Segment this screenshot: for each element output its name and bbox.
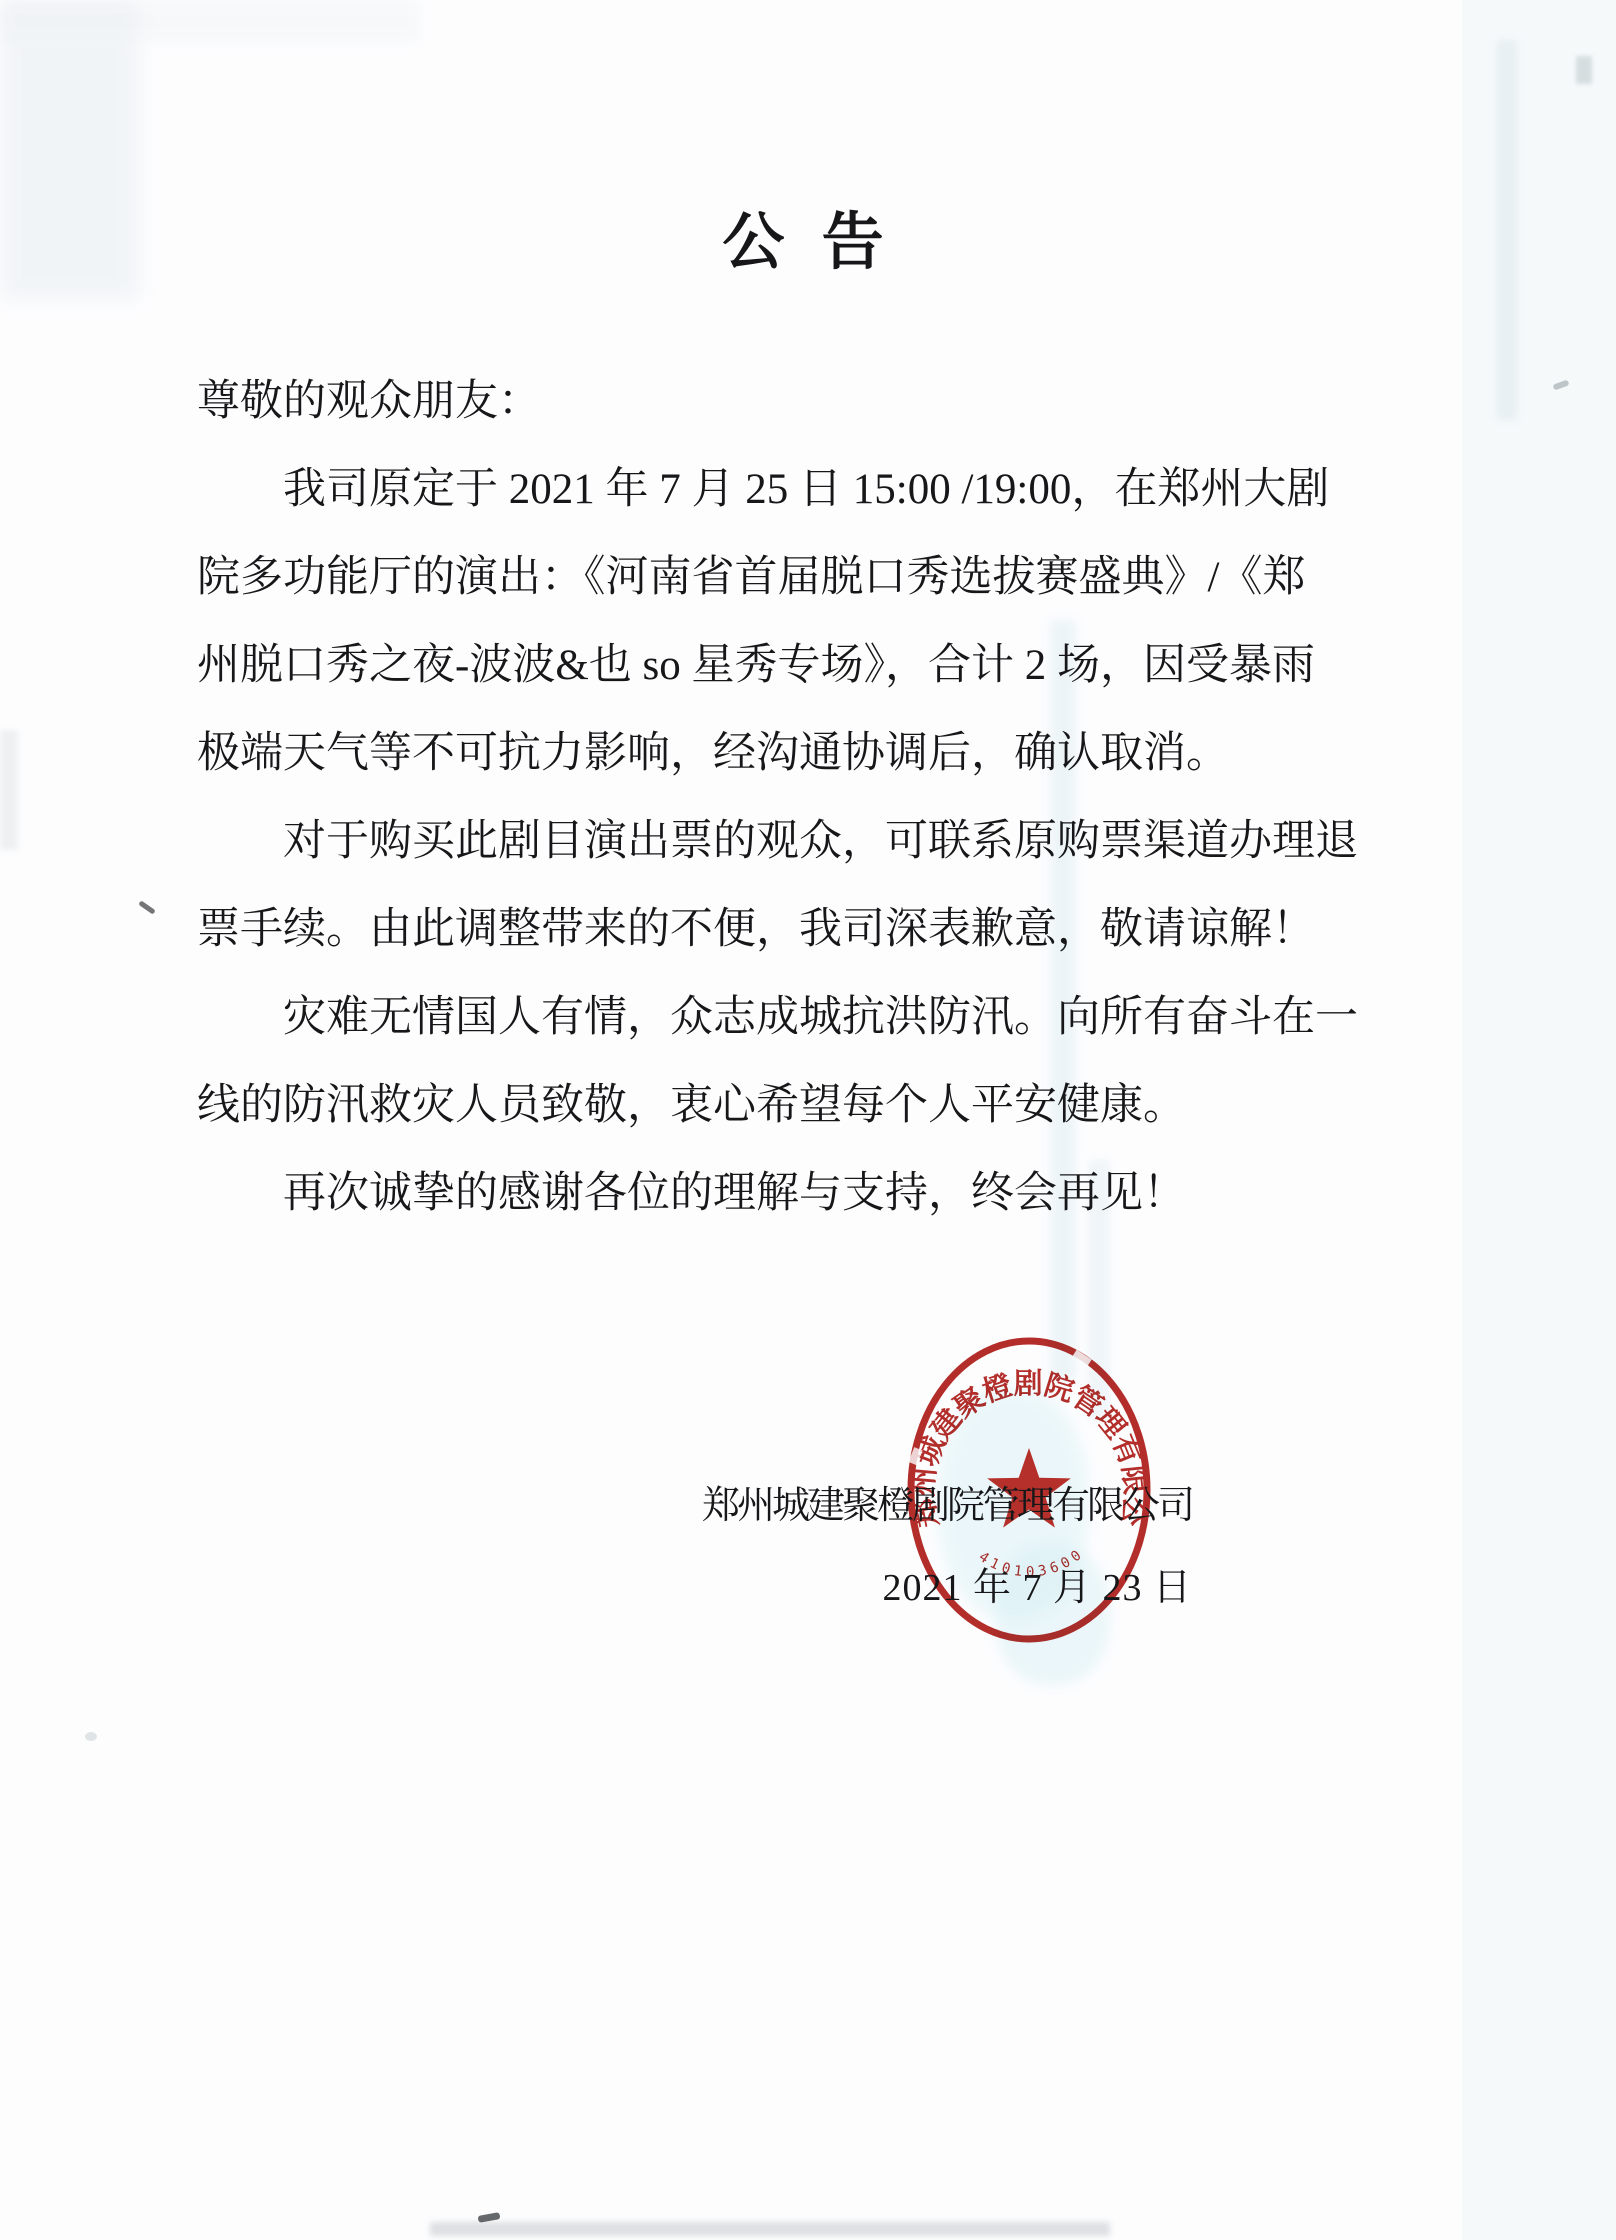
scan-artifact-right-band	[1462, 0, 1616, 2240]
signature-company: 郑州城建聚橙剧院管理有限公司	[702, 1474, 1192, 1529]
scan-artifact-speck	[1552, 379, 1569, 390]
scan-artifact-top-right-mark	[1576, 56, 1592, 84]
scan-artifact-bottom-streak	[430, 2222, 1110, 2236]
body-line: 院多功能厅的演出：《河南省首届脱口秀选拔赛盛典》/《郑	[197, 534, 1353, 622]
body-line: 极端天气等不可抗力影响，经沟通协调后，确认取消。	[197, 710, 1353, 798]
scan-artifact-left-smudge	[0, 730, 18, 850]
body-line: 州脱口秀之夜-波波&也 so 星秀专场》，合计 2 场，因受暴雨	[197, 622, 1353, 710]
scan-artifact-left-mark	[138, 900, 156, 914]
notice-title: 公 告	[0, 192, 1616, 281]
salutation-line: 尊敬的观众朋友：	[197, 358, 1353, 446]
scan-artifact-speck-2	[85, 1732, 97, 1741]
body-line: 灾难无情国人有情，众志成城抗洪防汛。向所有奋斗在一	[197, 974, 1353, 1062]
body-line: 再次诚挚的感谢各位的理解与支持，终会再见！	[197, 1150, 1353, 1238]
body-line: 对于购买此剧目演出票的观众，可联系原购票渠道办理退	[197, 798, 1353, 886]
scan-artifact-top-edge	[0, 0, 420, 42]
body-line: 票手续。由此调整带来的不便，我司深表歉意，敬请谅解！	[197, 886, 1353, 974]
scanned-announcement-page: 公 告 尊敬的观众朋友： 我司原定于 2021 年 7 月 25 日 15:00…	[0, 0, 1616, 2240]
body-line: 我司原定于 2021 年 7 月 25 日 15:00 /19:00，在郑州大剧	[197, 446, 1353, 534]
body-line: 线的防汛救灾人员致敬，衷心希望每个人平安健康。	[197, 1062, 1353, 1150]
signature-date: 2021 年 7 月 23 日	[882, 1556, 1192, 1611]
scan-artifact-bottom-dash	[478, 2212, 501, 2223]
notice-body: 尊敬的观众朋友： 我司原定于 2021 年 7 月 25 日 15:00 /19…	[197, 358, 1353, 1238]
